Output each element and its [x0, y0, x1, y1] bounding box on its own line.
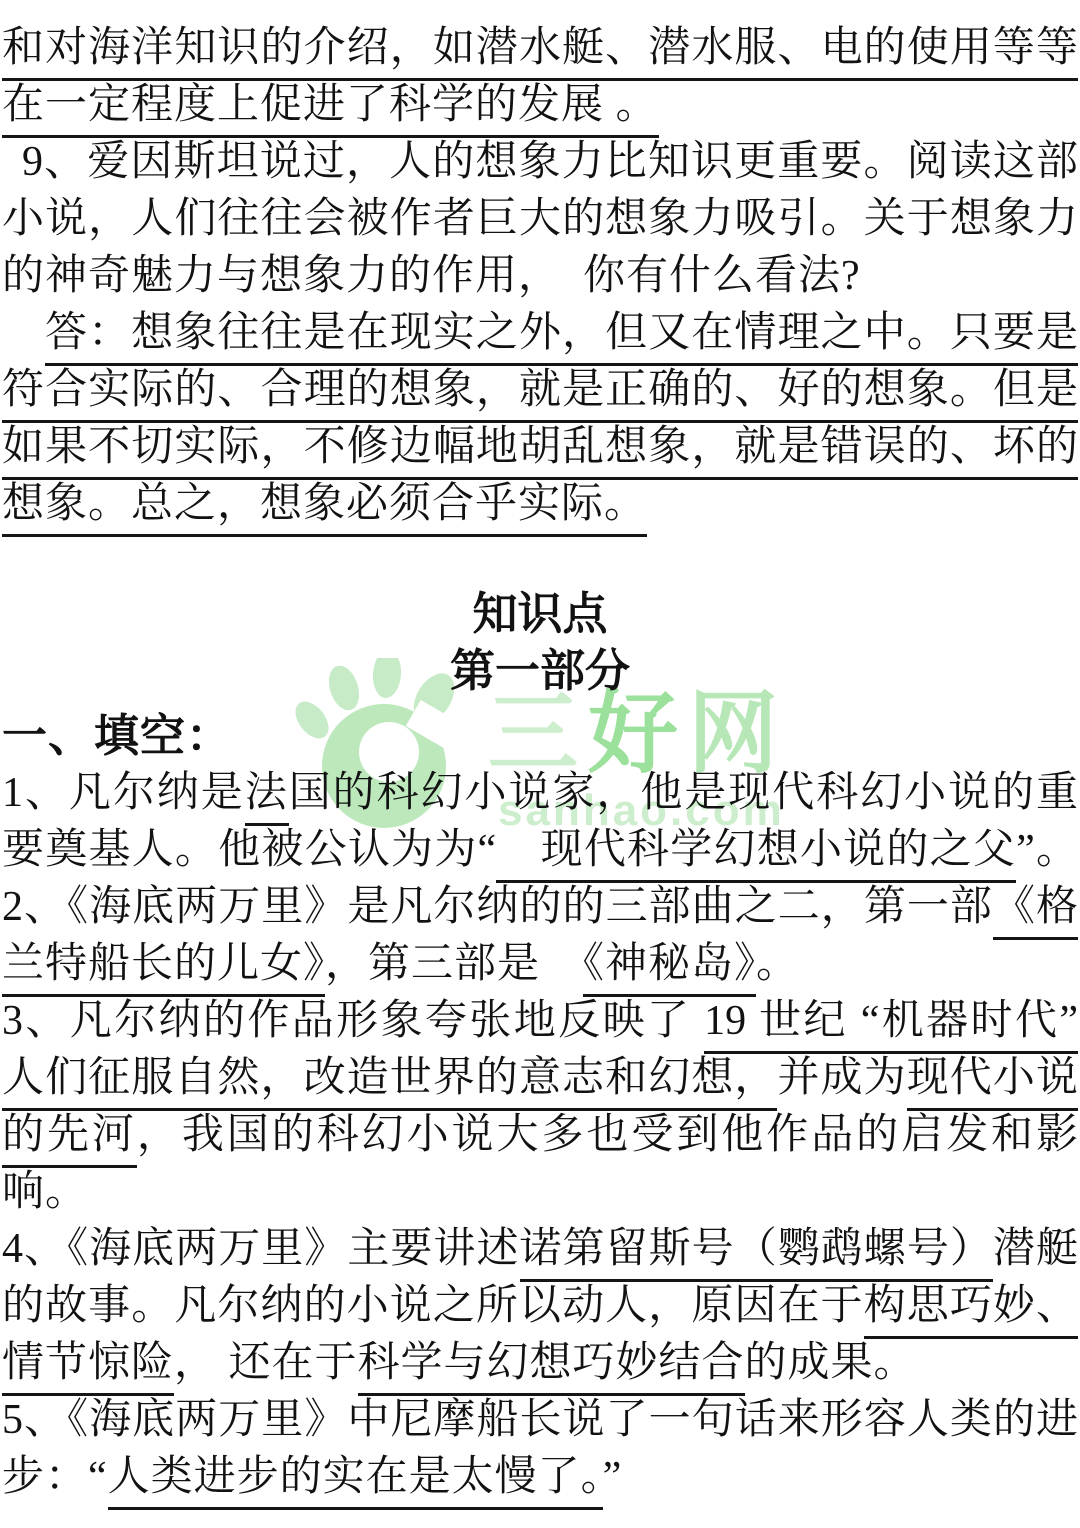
underlined-text: 19 世纪 “机器时代” [704, 998, 1078, 1054]
underlined-text: 《格 [993, 884, 1078, 940]
text-line: 和对海洋知识的介绍，如潜水艇、潜水服、电的使用等等 [0, 20, 1080, 77]
underlined-text: 法 [245, 770, 289, 826]
text-line: 小说，人们往往会被作者巨大的想象力吸引。关于想象力 [0, 191, 1080, 248]
text-segment: 的成果。 [745, 1340, 917, 1386]
underlined-text: 现代小说 [907, 1055, 1078, 1111]
text-line: 4、《海底两万里》主要讲述诺第留斯号（鹦鹉螺号）潜艇 [0, 1221, 1080, 1278]
text-line: 人们征服自然，改造世界的意志和幻想，并成为现代小说 [0, 1050, 1080, 1107]
text-segment: 知识点 [472, 589, 607, 639]
text-line: 答：想象往往是在现实之外，但又在情理之中。只要是 [0, 305, 1080, 362]
underlined-text: 科学与幻想巧妙结合 [358, 1340, 745, 1396]
text-segment: ， 还在于 [174, 1340, 358, 1386]
text-segment: 小说，人们往往会被作者巨大的想象力吸引。关于想象力 [2, 196, 1078, 242]
text-line: 响。 [0, 1164, 1080, 1221]
underlined-text: 和对海洋知识的介绍，如潜水艇、潜水服、电的使用等等 [2, 25, 1078, 81]
underlined-text: 兰特船长的儿女》 [2, 941, 325, 997]
text-segment: 的神奇魅力与想象力的作用， 你有什么看法? [2, 253, 861, 299]
text-segment: 步：“ [2, 1454, 108, 1500]
text-segment: 要奠基人。他被公认为为“ [2, 827, 496, 873]
underlined-text: 情节惊险 [2, 1340, 174, 1396]
text-segment: 4、《海底两万里》主要讲述 [2, 1226, 520, 1272]
underlined-text: 诺第留斯号（鹦鹉螺号） [520, 1226, 993, 1282]
text-segment: ” [603, 1454, 623, 1500]
text-line: 如果不切实际，不修边幅地胡乱想象，就是错误的、坏的 [0, 419, 1080, 476]
text-line: 要奠基人。他被公认为为“ 现代科学幻想小说的之父”。 [0, 822, 1080, 879]
text-segment: ，第三部是 [325, 941, 583, 987]
text-segment: 的故事。凡尔纳的小说之所以动人，原因在于 [2, 1283, 864, 1329]
underlined-text: 的先河 [2, 1112, 137, 1168]
underlined-text: 答：想象往往是在现实之外，但又在情理之中。只要是 [45, 310, 1078, 366]
text-line: 在一定程度上促进了科学的发展 。 [0, 77, 1080, 134]
underlined-text: 符合实际的、合理的想象，就是正确的、好的想象。但是 [2, 367, 1078, 423]
underlined-text: 现代科学幻想小说的之父 [496, 827, 1016, 883]
underlined-text: 构思巧妙、 [864, 1283, 1078, 1339]
text-segment: 响。 [2, 1169, 88, 1215]
text-line: 的故事。凡尔纳的小说之所以动人，原因在于构思巧妙、 [0, 1278, 1080, 1335]
text-line: 的先河，我国的科幻小说大多也受到他作品的启发和影 [0, 1107, 1080, 1164]
text-segment: ”。 [1016, 827, 1078, 873]
text-line: 情节惊险， 还在于科学与幻想巧妙结合的成果。 [0, 1335, 1080, 1392]
text-segment: 5、《海底两万里》中尼摩船长说了一句话来形容人类的进 [2, 1397, 1078, 1443]
text-segment: 1、凡尔纳是 [2, 770, 245, 816]
text-segment: 3、凡尔纳的作品形象夸张地反映了 [2, 998, 704, 1044]
text-line: 3、凡尔纳的作品形象夸张地反映了 19 世纪 “机器时代” [0, 993, 1080, 1050]
text-segment: 潜艇 [993, 1226, 1078, 1272]
section-heading: 知识点 [0, 586, 1080, 643]
text-line: 符合实际的、合理的想象，就是正确的、好的想象。但是 [0, 362, 1080, 419]
text-line: 步：“人类进步的实在是太慢了。” [0, 1449, 1080, 1506]
text-segment: 9、爱因斯坦说过，人的想象力比知识更重要。阅读这部 [22, 139, 1078, 185]
underlined-text: 如果不切实际，不修边幅地胡乱想象，就是错误的、坏的 [2, 424, 1078, 480]
text-segment: 第一部分 [450, 646, 630, 696]
text-line: 兰特船长的儿女》，第三部是 《神秘岛》。 [0, 936, 1080, 993]
text-line: 1、凡尔纳是法国的科幻小说家，他是现代科幻小说的重 [0, 765, 1080, 822]
text-segment: 并成为 [777, 1055, 906, 1101]
text-line: 2、《海底两万里》是凡尔纳的的三部曲之二，第一部《格 [0, 879, 1080, 936]
text-segment: ，我国的科幻小说大多也受到他作品的启发和影 [137, 1112, 1078, 1158]
text-segment: 。 [756, 941, 799, 987]
underlined-text: 在一定程度上促进了科学的发展 。 [2, 82, 659, 138]
document-body: 和对海洋知识的介绍，如潜水艇、潜水服、电的使用等等在一定程度上促进了科学的发展 … [0, 0, 1080, 1506]
text-line: 的神奇魅力与想象力的作用， 你有什么看法? [0, 248, 1080, 305]
underlined-text: 人类进步的实在是太慢了。 [108, 1454, 603, 1510]
text-segment: 2、《海底两万里》是凡尔纳的的三部曲之二，第一部 [2, 884, 993, 930]
section-heading: 一、填空： [0, 708, 1080, 765]
text-segment: 国的科幻小说家，他是现代科幻小说的重 [289, 770, 1078, 816]
study-notes-page: 三好网 sanhao.com 和对海洋知识的介绍，如潜水艇、潜水服、电的使用等等… [0, 0, 1080, 1528]
underlined-text: 想象。总之，想象必须合乎实际。 [2, 481, 647, 537]
section-heading: 第一部分 [0, 643, 1080, 700]
underlined-text: 人们征服自然，改造世界的意志和幻想， [2, 1055, 777, 1111]
text-line: 想象。总之，想象必须合乎实际。 [0, 476, 1080, 533]
text-segment: 一、填空： [2, 711, 232, 761]
text-line: 5、《海底两万里》中尼摩船长说了一句话来形容人类的进 [0, 1392, 1080, 1449]
underlined-text: 《神秘岛》 [583, 941, 756, 997]
text-line: 9、爱因斯坦说过，人的想象力比知识更重要。阅读这部 [0, 134, 1080, 191]
